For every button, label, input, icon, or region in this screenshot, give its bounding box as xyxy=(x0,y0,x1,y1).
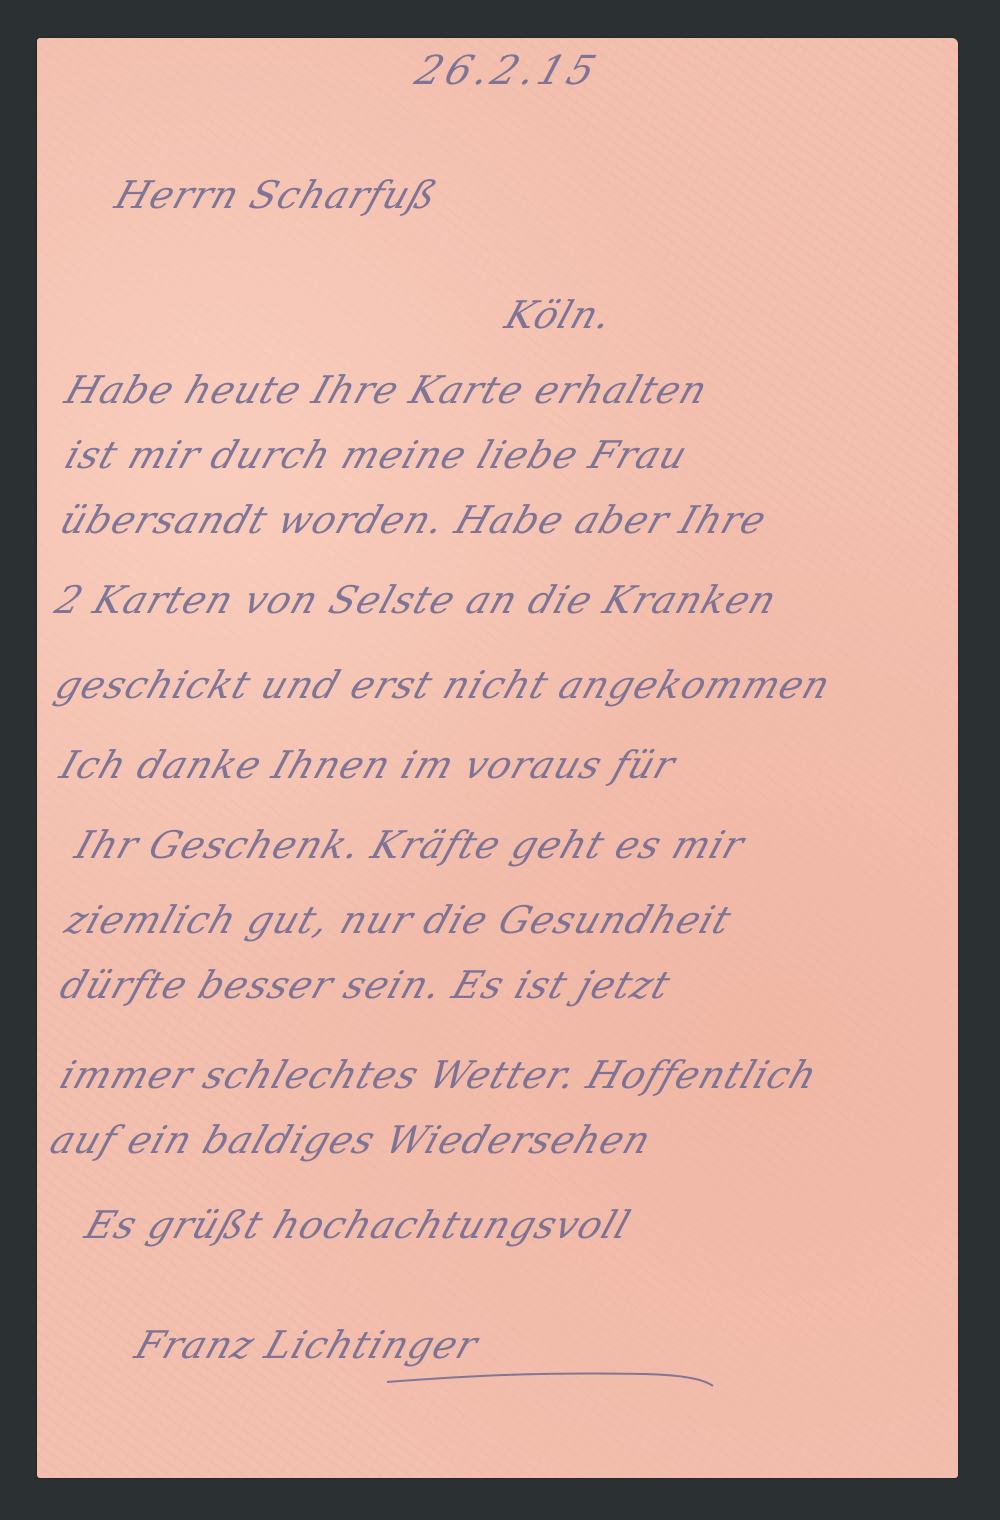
body-line: geschickt und erst nicht angekommen xyxy=(50,663,837,707)
city-text: Köln. xyxy=(500,293,618,337)
body-line: auf ein baldiges Wiedersehen xyxy=(45,1118,657,1162)
body-line: ziemlich gut, nur die Gesundheit xyxy=(60,898,738,942)
salutation-text: Herrn Scharfuß xyxy=(110,173,443,217)
postcard: 26.2.15 Herrn Scharfuß Köln. Habe heute … xyxy=(37,38,958,1478)
body-line: ist mir durch meine liebe Frau xyxy=(60,433,694,477)
body-line: Habe heute Ihre Karte erhalten xyxy=(60,368,714,412)
signature-underline-flourish xyxy=(385,1370,715,1388)
body-line: Ich danke Ihnen im voraus für xyxy=(55,743,681,787)
body-line: 2 Karten von Selste an die Kranken xyxy=(50,578,783,622)
signature-text: Franz Lichtinger xyxy=(130,1323,484,1367)
body-line: übersandt worden. Habe aber Ihre xyxy=(55,498,773,542)
body-line: dürfte besser sein. Es ist jetzt xyxy=(55,963,677,1007)
body-line: Ihr Geschenk. Kräfte geht es mir xyxy=(70,823,750,867)
closing-line: Es grüßt hochachtungsvoll xyxy=(80,1203,637,1247)
date-text: 26.2.15 xyxy=(410,48,606,94)
body-line: immer schlechtes Wetter. Hoffentlich xyxy=(55,1053,823,1097)
